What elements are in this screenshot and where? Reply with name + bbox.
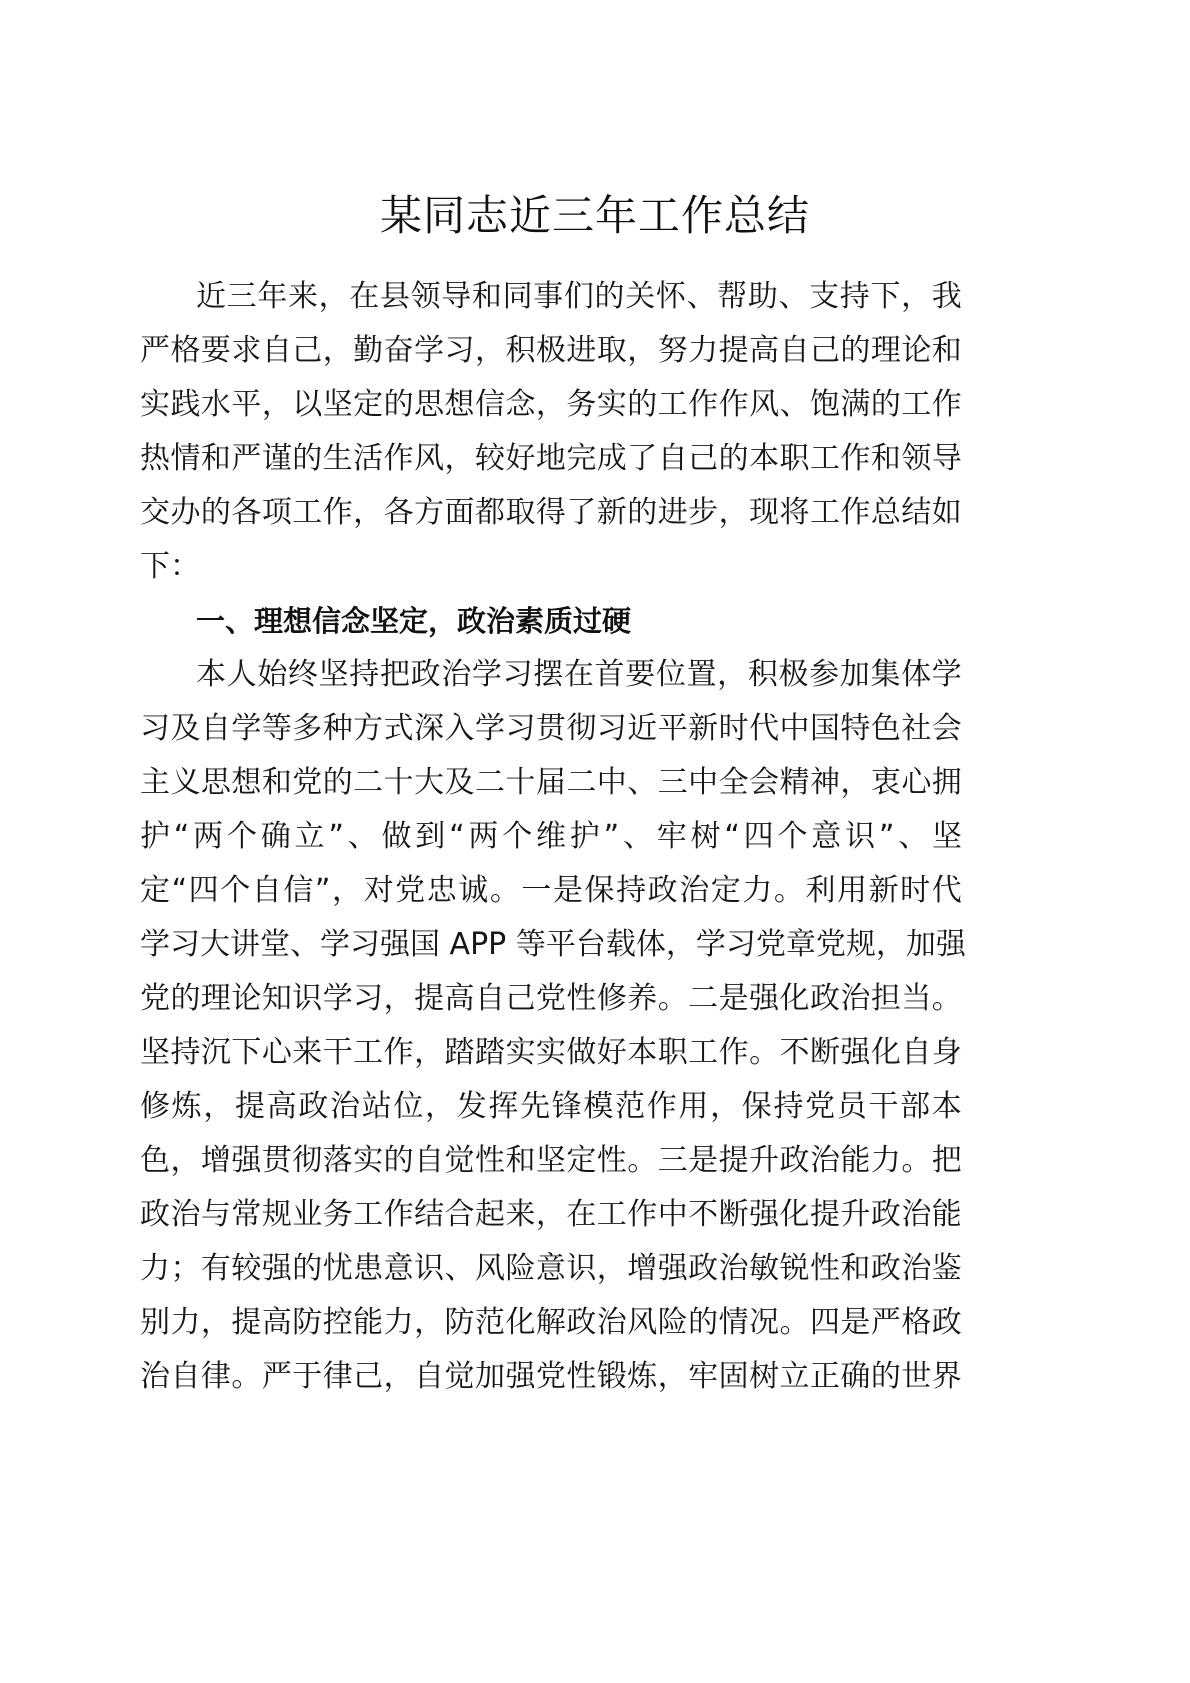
line-char: 。 <box>490 864 520 918</box>
line-char: 治 <box>441 648 471 702</box>
line-char: 三 <box>658 756 688 810</box>
line-char: 做 <box>381 810 411 864</box>
line-char: 提 <box>414 972 444 1026</box>
line-char: 政 <box>871 1242 901 1296</box>
line-char: 己 <box>688 432 718 486</box>
line-char: 严 <box>231 432 261 486</box>
line-char: 加 <box>840 648 870 702</box>
line-char: 热 <box>140 432 170 486</box>
line-char: 养 <box>627 972 657 1026</box>
line-char: 理 <box>871 324 901 378</box>
line-char: 力 <box>688 324 718 378</box>
line-char: 作 <box>323 486 353 540</box>
line-char: 忧 <box>323 1242 353 1296</box>
line-char: 色 <box>140 1134 170 1188</box>
line-char: 作 <box>719 378 749 432</box>
line-char: 定 <box>140 864 170 918</box>
line-char: 党 <box>805 1080 835 1134</box>
line-char: 心 <box>901 756 931 810</box>
line-char: 。 <box>749 1026 779 1080</box>
line-char: 作 <box>840 432 870 486</box>
line-char: 和 <box>201 432 231 486</box>
line-char: 升 <box>840 1188 870 1242</box>
line-char: 本 <box>932 1080 962 1134</box>
line-char: 、 <box>623 810 653 864</box>
line-char: 强 <box>380 918 410 972</box>
line-char: 的 <box>871 1350 901 1404</box>
line-char: 自 <box>475 972 505 1026</box>
line-char: 治 <box>810 1134 840 1188</box>
line-char: 个 <box>227 810 257 864</box>
line-char: 一 <box>521 864 551 918</box>
line-char: ， <box>414 1296 444 1350</box>
line-char: 习 <box>445 324 475 378</box>
line-char: 拥 <box>932 756 962 810</box>
line-char: 加 <box>475 1350 505 1404</box>
line-char: 本 <box>749 432 779 486</box>
line-char: 习 <box>350 918 380 972</box>
line-char: 首 <box>595 648 625 702</box>
line-char: 做 <box>566 1026 596 1080</box>
line-char: 规 <box>846 918 876 972</box>
line-char: 政 <box>411 648 441 702</box>
line-char: 觉 <box>445 1350 475 1404</box>
line-char: “ <box>174 810 190 864</box>
line-char: 增 <box>201 1134 231 1188</box>
line-char: 奋 <box>384 324 414 378</box>
line-char: 。 <box>932 972 962 1026</box>
line-char: 到 <box>415 810 445 864</box>
line-char: 领 <box>411 270 441 324</box>
paragraph-line: 实践水平，以坚定的思想信念，务实的工作作风、饱满的工作 <box>140 378 962 432</box>
line-char: 和 <box>871 432 901 486</box>
line-char: 风 <box>414 432 444 486</box>
line-char: 意 <box>811 810 841 864</box>
line-char: 作 <box>719 1026 749 1080</box>
line-char: 治 <box>170 1188 200 1242</box>
line-char: 二 <box>566 756 596 810</box>
paragraph-line: 政治与常规业务工作结合起来，在工作中不断强化提升政治能 <box>140 1188 962 1242</box>
line-char: 年 <box>257 270 287 324</box>
line-char: 将 <box>780 486 810 540</box>
line-char: ， <box>425 1080 455 1134</box>
line-char: 积 <box>505 324 535 378</box>
line-char: ” <box>328 810 344 864</box>
line-char: 载 <box>606 918 636 972</box>
line-char: ， <box>170 1134 200 1188</box>
line-char: ， <box>262 378 292 432</box>
line-char: 二 <box>475 756 505 810</box>
line-char: 的 <box>719 432 749 486</box>
line-char: 的 <box>323 756 353 810</box>
line-char: 如 <box>932 486 962 540</box>
line-char: 不 <box>780 1026 810 1080</box>
line-char: 站 <box>362 1080 392 1134</box>
line-char: 务 <box>323 1188 353 1242</box>
line-char: 防 <box>445 1296 475 1350</box>
line-char: 来 <box>292 1026 322 1080</box>
paragraph-line: 党的理论知识学习，提高自己党性修养。二是强化政治担当。 <box>140 972 962 1026</box>
line-char: 满 <box>840 378 870 432</box>
line-char: 的 <box>292 1242 322 1296</box>
line-char: 忠 <box>427 864 457 918</box>
line-char: 工 <box>810 432 840 486</box>
line-char: 强 <box>505 1350 535 1404</box>
line-char: 积 <box>748 648 778 702</box>
line-char: 解 <box>536 1296 566 1350</box>
line-char: ， <box>901 270 931 324</box>
line-char: 踏 <box>475 1026 505 1080</box>
line-char: 在 <box>566 1188 596 1242</box>
line-char: 坚 <box>932 810 962 864</box>
line-char: 干 <box>868 1080 898 1134</box>
line-char: 高 <box>445 972 475 1026</box>
line-char: 觉 <box>445 1134 475 1188</box>
line-char: 风 <box>475 1242 505 1296</box>
line-char: 工 <box>353 1026 383 1080</box>
line-char: 坚 <box>536 1134 566 1188</box>
line-char: 色 <box>871 702 901 756</box>
line-char: 风 <box>749 378 779 432</box>
line-char: 两 <box>193 810 223 864</box>
line-char: 持 <box>773 1080 803 1134</box>
line-char: 取 <box>505 486 535 540</box>
line-char: “ <box>724 810 740 864</box>
line-char: 贯 <box>262 1134 292 1188</box>
line-char: 性 <box>566 1350 596 1404</box>
line-char: 念 <box>505 378 535 432</box>
line-char: 作 <box>688 378 718 432</box>
line-char: 治 <box>840 972 870 1026</box>
line-char: 个 <box>502 810 532 864</box>
line-char: 治 <box>719 1242 749 1296</box>
line-char: ， <box>536 1188 566 1242</box>
line-char: ， <box>414 1026 444 1080</box>
line-char: 控 <box>323 1296 353 1350</box>
line-char: 践 <box>170 378 200 432</box>
line-char: ， <box>323 324 353 378</box>
line-char: 三 <box>227 270 257 324</box>
line-char: 力 <box>871 1134 901 1188</box>
line-char: 牢 <box>688 1350 718 1404</box>
line-char: 结 <box>901 486 931 540</box>
line-char: 学 <box>932 648 962 702</box>
line-char: 三 <box>658 1134 688 1188</box>
line-char: ， <box>353 486 383 540</box>
line-char: 彻 <box>292 1134 322 1188</box>
line-char: 坚 <box>140 1026 170 1080</box>
line-char: 实 <box>536 1026 566 1080</box>
line-char: 作 <box>840 486 870 540</box>
line-char: 化 <box>871 1026 901 1080</box>
paragraph-line: 交办的各项工作，各方面都取得了新的进步，现将工作总结如 <box>140 486 962 540</box>
line-char: 于 <box>292 1350 322 1404</box>
line-char: 工 <box>810 486 840 540</box>
line-char: 与 <box>201 1188 231 1242</box>
document-body: 近三年来，在县领导和同事们的关怀、帮助、支持下，我 严格要求自己，勤奋学习，积极… <box>140 270 962 1404</box>
line-char: 大 <box>200 918 230 972</box>
intro-paragraph: 近三年来，在县领导和同事们的关怀、帮助、支持下，我 严格要求自己，勤奋学习，积极… <box>140 270 962 594</box>
line-char: 人 <box>227 648 257 702</box>
paragraph-line: 近三年来，在县领导和同事们的关怀、帮助、支持下，我 <box>140 270 962 324</box>
line-char: 牢 <box>657 810 687 864</box>
line-char: 中 <box>688 756 718 810</box>
line-char: 的 <box>292 432 322 486</box>
line-char: ” <box>604 810 620 864</box>
line-char: 总 <box>871 486 901 540</box>
line-char: 下 <box>870 270 900 324</box>
paragraph-line: 护“两个确立”、做到“两个维护”、牢树“四个意识”、坚 <box>140 810 962 864</box>
line-char: 四 <box>744 810 774 864</box>
line-char: 加 <box>906 918 936 972</box>
line-char: 代 <box>932 864 962 918</box>
line-char: 深 <box>414 702 444 756</box>
line-char: ， <box>876 918 906 972</box>
line-char: 知 <box>262 972 292 1026</box>
line-char: 先 <box>520 1080 550 1134</box>
line-char: 正 <box>810 1350 840 1404</box>
line-char: 断 <box>810 1026 840 1080</box>
line-char: 识 <box>566 1242 596 1296</box>
line-char: 格 <box>170 324 200 378</box>
line-char: 体 <box>636 918 666 972</box>
line-char: 锋 <box>552 1080 582 1134</box>
line-char: 治 <box>330 1080 360 1134</box>
line-char: 努 <box>658 324 688 378</box>
line-char: 合 <box>445 1188 475 1242</box>
line-char: 自 <box>170 1350 200 1404</box>
line-char: 平 <box>658 702 688 756</box>
line-char: 要 <box>625 648 655 702</box>
line-char: 近 <box>196 270 226 324</box>
line-char: 持 <box>170 1026 200 1080</box>
line-char: 敏 <box>749 1242 779 1296</box>
line-char: 和 <box>262 756 292 810</box>
line-char: 事 <box>533 270 563 324</box>
section-paragraph: 本人始终坚持把政治学习摆在首要位置，积极参加集体学 习及自学等多种方式深入学习贯… <box>140 648 962 1404</box>
line-char: 模 <box>583 1080 613 1134</box>
line-char: 持 <box>349 648 379 702</box>
line-char: 和 <box>472 270 502 324</box>
line-char: 治 <box>597 1296 627 1350</box>
line-char: 自 <box>252 864 282 918</box>
line-char: 防 <box>292 1296 322 1350</box>
line-char: 关 <box>625 270 655 324</box>
line-char: 识 <box>414 1242 444 1296</box>
line-char: 政 <box>932 1296 962 1350</box>
line-char: 县 <box>380 270 410 324</box>
line-char: 固 <box>719 1350 749 1404</box>
line-char: 党 <box>816 918 846 972</box>
line-char: 工 <box>901 378 931 432</box>
line-char: 的 <box>384 378 414 432</box>
line-char: 强 <box>658 1242 688 1296</box>
paragraph-line: 治自律。严于律己，自觉加强党性锻炼，牢固树立正确的世界 <box>140 1350 962 1404</box>
line-char: 十 <box>384 756 414 810</box>
line-char: 严 <box>871 1296 901 1350</box>
paragraph-line: 热情和严谨的生活作风，较好地完成了自己的本职工作和领导 <box>140 432 962 486</box>
line-char: 党 <box>140 972 170 1026</box>
line-char: 业 <box>292 1188 322 1242</box>
line-char: 己 <box>292 324 322 378</box>
line-char: 的 <box>840 324 870 378</box>
paragraph-line: 定“四个自信”，对党忠诚。一是保持政治定力。利用新时代 <box>140 864 962 918</box>
line-char: A <box>450 918 471 972</box>
line-char: ， <box>203 1080 233 1134</box>
line-char: 水 <box>201 378 231 432</box>
line-char: 讲 <box>230 918 260 972</box>
line-char: 自 <box>901 1026 931 1080</box>
line-char: 、 <box>627 756 657 810</box>
line-char: 务 <box>566 378 596 432</box>
line-char: 中 <box>658 1188 688 1242</box>
line-char: 部 <box>900 1080 930 1134</box>
line-char: 、 <box>687 270 717 324</box>
line-char: 国 <box>410 918 440 972</box>
line-char: 定 <box>353 378 383 432</box>
line-char: 项 <box>262 486 292 540</box>
line-char: 想 <box>445 378 475 432</box>
paragraph-line: 别力，提高防控能力，防范化解政治风险的情况。四是严格政 <box>140 1296 962 1350</box>
line-char: 本 <box>196 648 226 702</box>
line-char: 强 <box>231 1134 261 1188</box>
line-char: 有 <box>201 1242 231 1296</box>
line-char: 终 <box>288 648 318 702</box>
line-char: 。 <box>774 864 804 918</box>
line-char: 险 <box>658 1296 688 1350</box>
line-char: 自 <box>658 432 688 486</box>
line-char: 完 <box>566 432 596 486</box>
line-char: 意 <box>384 1242 414 1296</box>
line-char: 等 <box>262 702 292 756</box>
line-char: 当 <box>901 972 931 1026</box>
line-char: ， <box>536 378 566 432</box>
line-char: 是 <box>719 972 749 1026</box>
line-char: 是 <box>553 864 583 918</box>
line-char: 政 <box>140 1188 170 1242</box>
line-char: 树 <box>749 1350 779 1404</box>
line-char: ， <box>384 1350 414 1404</box>
line-char: 神 <box>810 756 840 810</box>
line-char: 政 <box>871 1188 901 1242</box>
line-char: 社 <box>901 702 931 756</box>
line-char: 和 <box>505 1134 535 1188</box>
line-char: 四 <box>189 864 219 918</box>
line-char: 党 <box>756 918 786 972</box>
line-char: 代 <box>749 702 779 756</box>
line-char: 较 <box>475 432 505 486</box>
line-char: 工 <box>292 486 322 540</box>
line-char: 力 <box>170 1296 200 1350</box>
line-char: 个 <box>220 864 250 918</box>
line-char: ， <box>384 972 414 1026</box>
line-char: 实 <box>140 378 170 432</box>
paragraph-line: 下： <box>140 540 962 594</box>
line-char: 学 <box>696 918 726 972</box>
line-char: 职 <box>780 432 810 486</box>
line-char: 台 <box>576 918 606 972</box>
line-char: 别 <box>140 1296 170 1350</box>
line-char: 同 <box>503 270 533 324</box>
line-char: 政 <box>688 1242 718 1296</box>
line-char: 况 <box>749 1296 779 1350</box>
line-char: 强 <box>749 1188 779 1242</box>
line-char: 断 <box>719 1188 749 1242</box>
line-char: ； <box>170 1242 200 1296</box>
line-char: 自 <box>262 324 292 378</box>
line-char: 定 <box>566 1134 596 1188</box>
line-char: 实 <box>597 378 627 432</box>
line-char: 主 <box>140 756 170 810</box>
line-char: 的 <box>688 1296 718 1350</box>
line-char: 新 <box>869 864 899 918</box>
line-char: 信 <box>283 864 313 918</box>
line-char: 支 <box>809 270 839 324</box>
line-char: 章 <box>786 918 816 972</box>
line-char: 己 <box>353 1350 383 1404</box>
line-char: 、 <box>290 918 320 972</box>
line-char: 及 <box>170 702 200 756</box>
line-char: 确 <box>840 1350 870 1404</box>
line-char: 坚 <box>323 378 353 432</box>
line-text: 下： <box>140 540 200 594</box>
line-char: 对 <box>364 864 394 918</box>
line-char: 精 <box>780 756 810 810</box>
paragraph-line: 习及自学等多种方式深入学习贯彻习近平新时代中国特色社会 <box>140 702 962 756</box>
line-char: 界 <box>932 1350 962 1404</box>
line-char: 生 <box>323 432 353 486</box>
line-char: 等 <box>516 918 546 972</box>
line-char: 论 <box>231 972 261 1026</box>
line-char: 来 <box>288 270 318 324</box>
line-char: 平 <box>231 378 261 432</box>
line-char: 步 <box>688 486 718 540</box>
line-char: 习 <box>140 702 170 756</box>
line-char: ” <box>879 810 895 864</box>
line-char: 化 <box>505 1296 535 1350</box>
line-char: 发 <box>457 1080 487 1134</box>
line-char: 。 <box>901 1134 931 1188</box>
line-char: 格 <box>901 1296 931 1350</box>
line-char: 作 <box>384 432 414 486</box>
line-char: 方 <box>414 486 444 540</box>
line-char: 自 <box>414 1134 444 1188</box>
line-char: 位 <box>393 1080 423 1134</box>
line-char: 提 <box>235 1080 265 1134</box>
line-char: 增 <box>627 1242 657 1296</box>
line-char: 严 <box>262 1350 292 1404</box>
line-char: 升 <box>749 1134 779 1188</box>
line-char: 的 <box>627 486 657 540</box>
line-char: 来 <box>505 1188 535 1242</box>
line-char: 多 <box>292 702 322 756</box>
line-char: 踏 <box>445 1026 475 1080</box>
line-char: 较 <box>231 1242 261 1296</box>
line-char: 党 <box>395 864 425 918</box>
line-char: 力 <box>140 1242 170 1296</box>
line-char: 个 <box>777 810 807 864</box>
line-char: 、 <box>898 810 928 864</box>
line-char: ” <box>315 864 331 918</box>
line-char: 义 <box>170 756 200 810</box>
line-char: 平 <box>546 918 576 972</box>
line-char: 政 <box>648 864 678 918</box>
line-char: 起 <box>475 1188 505 1242</box>
line-char: 思 <box>201 756 231 810</box>
line-char: 保 <box>742 1080 772 1134</box>
line-char: 大 <box>414 756 444 810</box>
line-char: 政 <box>810 972 840 1026</box>
